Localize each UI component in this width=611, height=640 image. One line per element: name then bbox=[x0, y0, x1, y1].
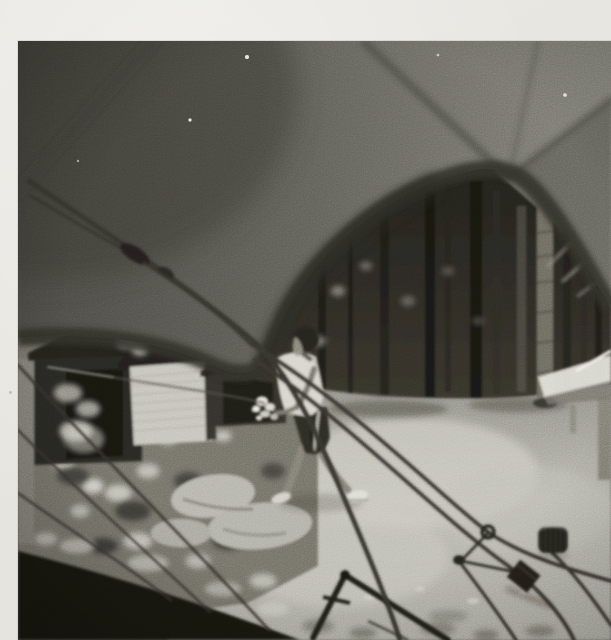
photo-caption: Black-and-white snapshot taken from bene… bbox=[0, 0, 1, 1]
vignette bbox=[18, 41, 611, 640]
scanned-photo: Black-and-white snapshot taken from bene… bbox=[0, 0, 611, 640]
photo-print bbox=[18, 41, 611, 640]
photo-scene bbox=[18, 41, 611, 640]
paper-speck bbox=[9, 391, 12, 394]
